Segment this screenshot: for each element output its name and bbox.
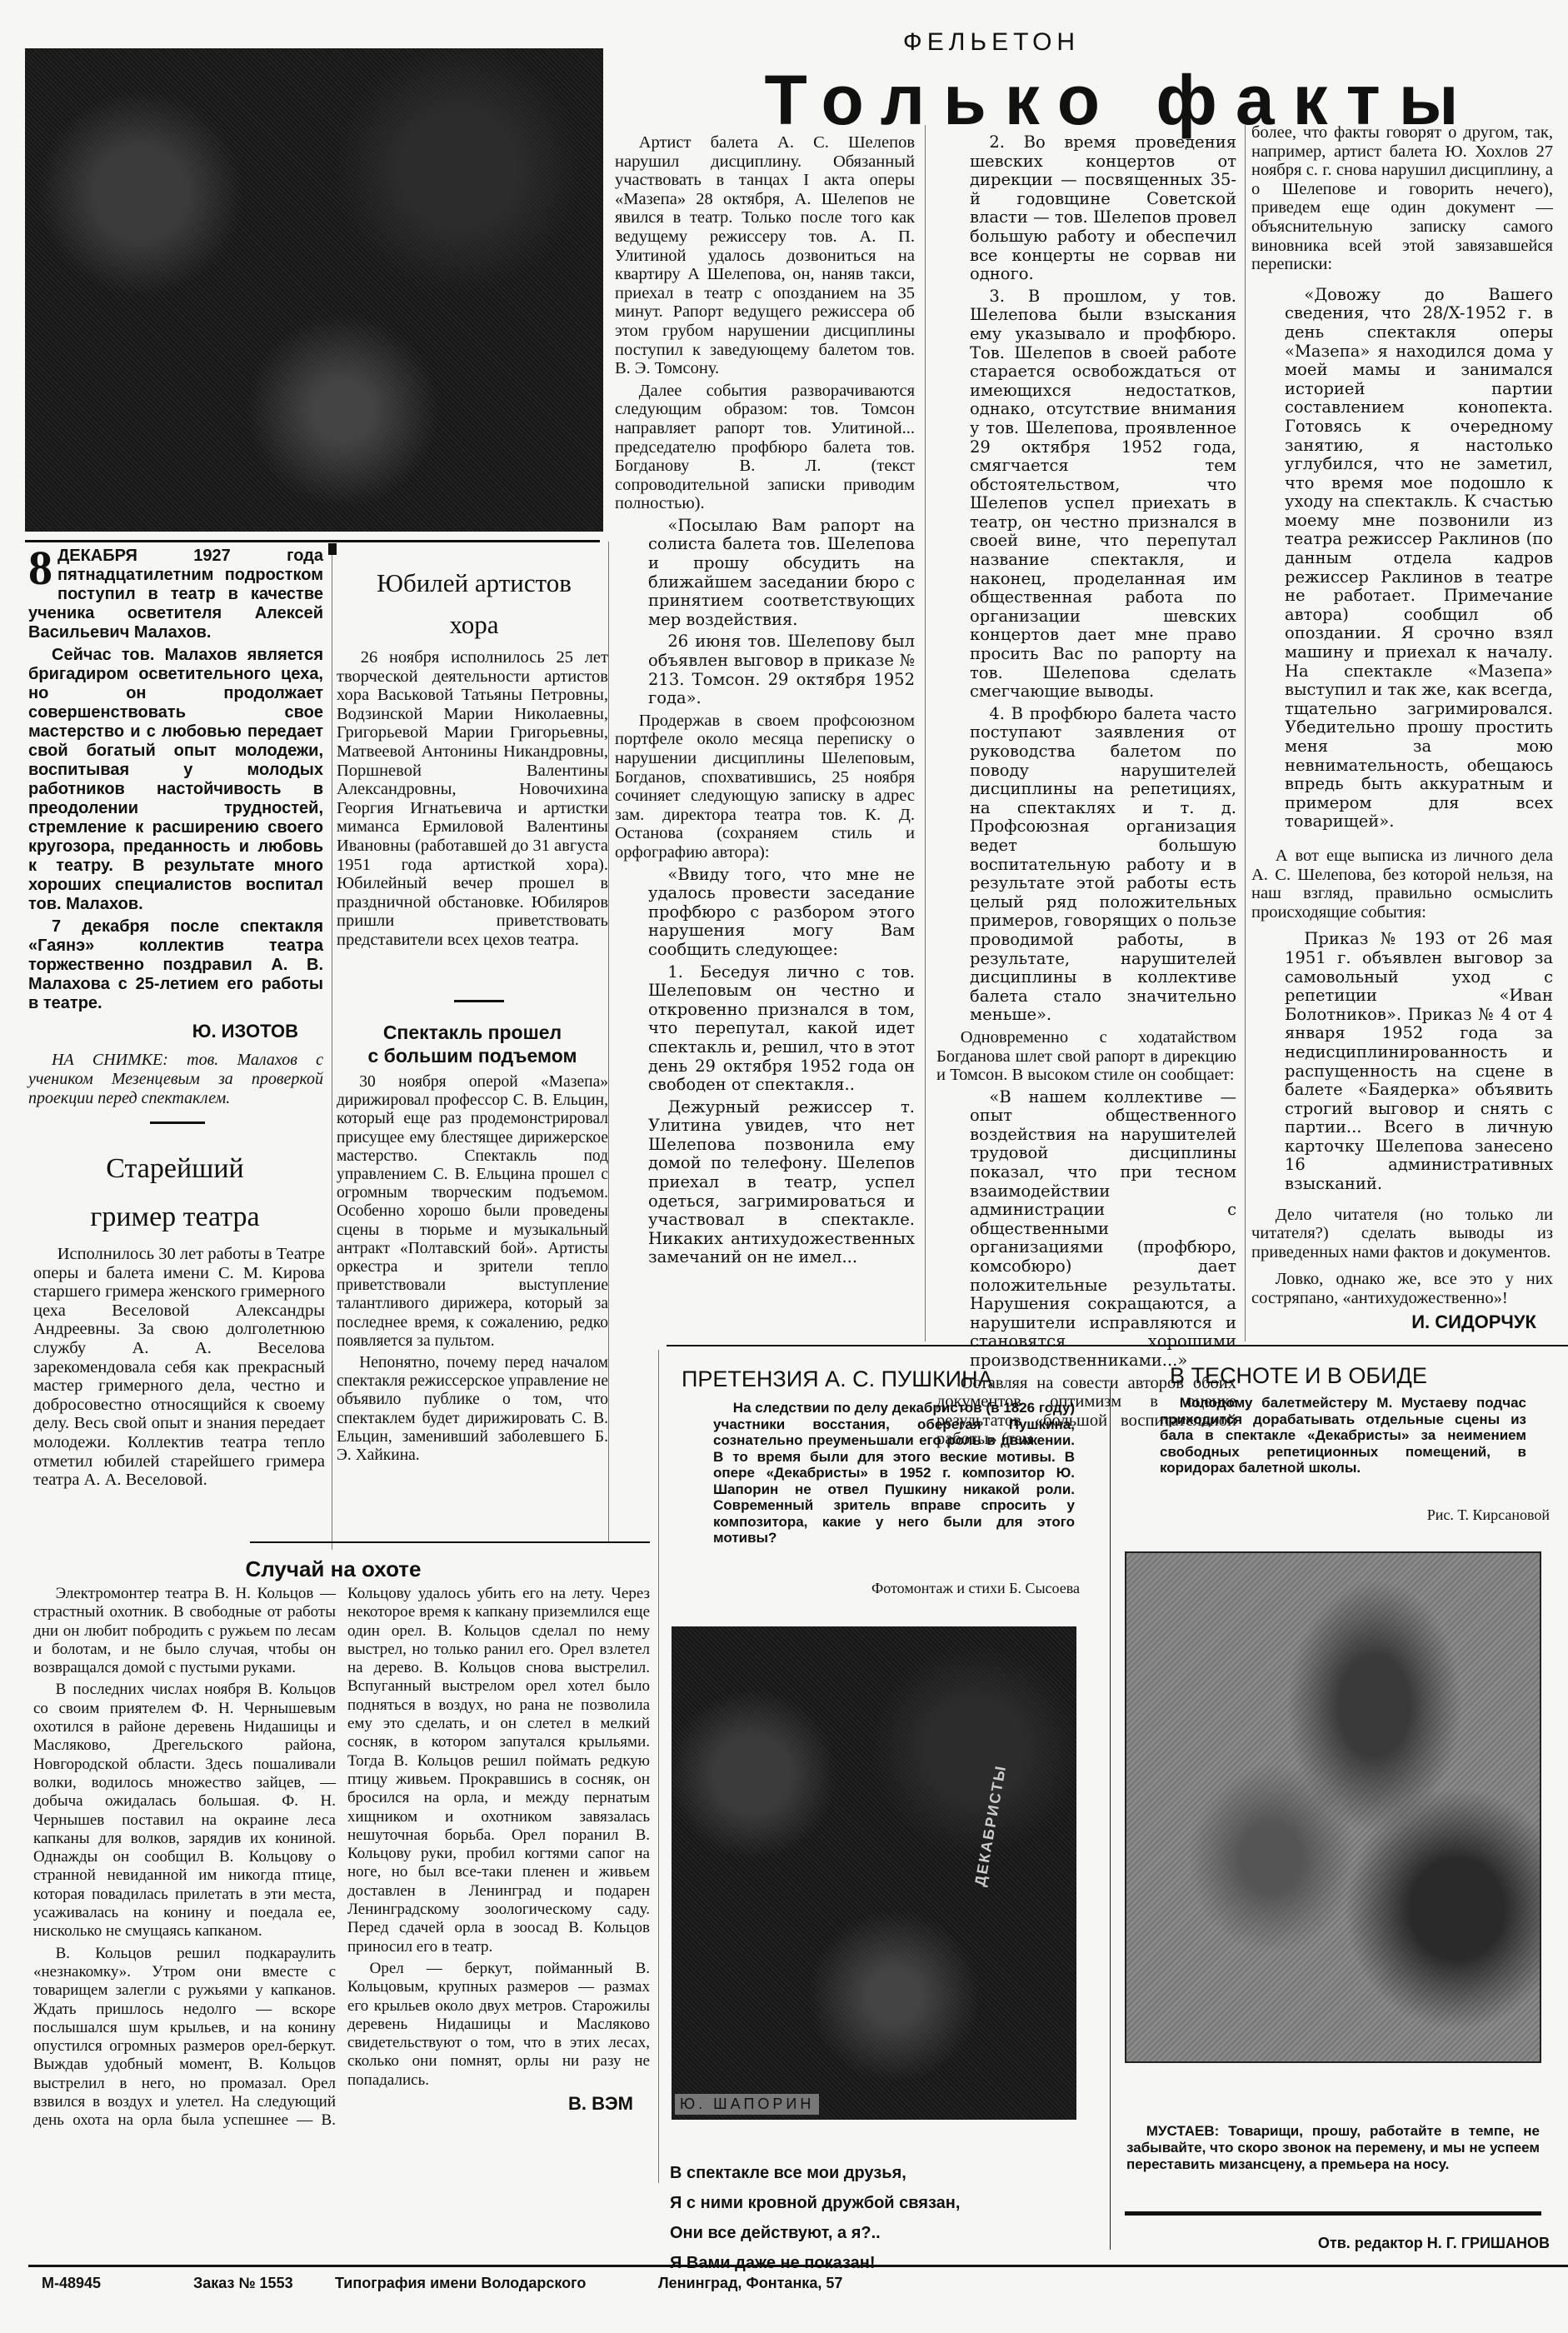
quote-paragraph: «Ввиду того, что мне не удалось провести… xyxy=(648,866,915,960)
feuilleton-rubric: ФЕЛЬЕТОН xyxy=(841,28,1141,57)
footer-rule xyxy=(28,2265,1568,2267)
feuilleton-bottom-rule xyxy=(667,1345,1568,1346)
quote-paragraph: 26 июня тов. Шелепову был объявлен выгов… xyxy=(648,632,915,707)
paragraph: Электромонтер театра В. Н. Кольцов — стр… xyxy=(33,1585,336,1677)
cramped-illustration xyxy=(1125,1551,1541,2063)
column-divider xyxy=(658,1350,659,2183)
paragraph: Ловко, однако же, все это у них состряпа… xyxy=(1251,1270,1553,1307)
feuilleton-signature: И. СИДОРЧУК xyxy=(1251,1313,1536,1332)
choir-article: 26 ноября исполнилось 25 лет творческой … xyxy=(337,648,608,953)
paragraph: Дело читателя (но только ли читателя?) с… xyxy=(1251,1206,1553,1262)
column-divider xyxy=(1245,125,1246,1341)
paragraph: 30 ноября оперой «Мазепа» дирижировал пр… xyxy=(337,1073,608,1351)
choir-title-line-1: Юбилей артистов xyxy=(337,568,612,598)
column-divider xyxy=(1110,1386,1111,2250)
cramped-title: В ТЕСНОТЕ И В ОБИДЕ xyxy=(1170,1363,1553,1389)
separator xyxy=(454,1000,504,1002)
malakhov-photo xyxy=(25,48,603,532)
cramped-credit: Рис. Т. Кирсановой xyxy=(1300,1506,1550,1524)
quote-block: «В нашем коллективе — опыт общественного… xyxy=(970,1088,1236,1371)
quote-paragraph: Дежурный режиссер т. Улитина увидев, что… xyxy=(648,1098,915,1267)
paragraph: Сейчас тов. Малахов является бригадиром … xyxy=(28,646,323,914)
cramped-caption: МУСТАЕВ: Товарищи, прошу, работайте в те… xyxy=(1126,2123,1540,2173)
cramped-text: Молодому балетмейстеру М. Мустаеву подча… xyxy=(1160,1395,1526,1476)
quote-paragraph: Приказ № 193 от 26 мая 1951 г. объявлен … xyxy=(1285,930,1553,1193)
column-divider xyxy=(925,125,926,1341)
makeup-title-line-1: Старейший xyxy=(33,1153,317,1185)
poem-line: Я Вами даже не показан! xyxy=(670,2248,1070,2278)
poem-line: Они все действуют, а я?.. xyxy=(670,2218,1070,2248)
pushkin-text: На следствии по делу декабристов (в 1826… xyxy=(713,1400,1075,1546)
quote-block: 2. Во время проведения шевских концертов… xyxy=(970,133,1236,1025)
quote-paragraph: 4. В профбюро балета часто поступают зая… xyxy=(970,705,1236,1025)
column-divider xyxy=(332,550,332,1550)
paragraph: 7 декабря после спектакля «Гаянэ» коллек… xyxy=(28,917,323,1013)
quote-paragraph: 1. Беседуя лично с тов. Шелеповым он чес… xyxy=(648,963,915,1095)
paragraph: Далее события разворачиваются следующим … xyxy=(615,382,915,513)
paragraph: более, что факты говорят о другом, так, … xyxy=(1251,123,1553,274)
makeup-title-line-2: гример театра xyxy=(33,1201,317,1233)
pushkin-credit: Фотомонтаж и стихи Б. Сысоева xyxy=(772,1580,1080,1597)
quote-block: «Ввиду того, что мне не удалось провести… xyxy=(648,866,915,1267)
hunt-article: Электромонтер театра В. Н. Кольцов — стр… xyxy=(33,1585,650,2131)
footer-order: Заказ № 1553 xyxy=(193,2275,293,2292)
paragraph: Исполнилось 30 лет работы в Театре оперы… xyxy=(33,1245,325,1490)
quote-block: «Довожу до Вашего сведения, что 28/X-195… xyxy=(1285,286,1553,832)
quote-paragraph: «В нашем коллективе — опыт общественного… xyxy=(970,1088,1236,1371)
paragraph: Одновременно с ходатайством Богданова шл… xyxy=(936,1028,1236,1085)
quote-paragraph: 3. В прошлом, у тов. Шелепова были взыск… xyxy=(970,287,1236,702)
quote-block: Приказ № 193 от 26 мая 1951 г. объявлен … xyxy=(1285,930,1553,1193)
column-divider xyxy=(608,542,609,1541)
malakhov-signature: Ю. ИЗОТОВ xyxy=(28,1022,298,1041)
paragraph: Непонятно, почему перед началом спектакл… xyxy=(337,1354,608,1465)
footer-printer: Типография имени Володарского xyxy=(335,2275,586,2292)
quote-paragraph: «Посылаю Вам рапорт на солиста балета то… xyxy=(648,517,915,630)
marker xyxy=(328,543,337,555)
quote-block: «Посылаю Вам рапорт на солиста балета то… xyxy=(648,517,915,708)
makeup-article: Исполнилось 30 лет работы в Театре оперы… xyxy=(33,1245,325,1493)
paragraph: Продержав в своем профсоюзном портфеле о… xyxy=(615,712,915,862)
poster-label: ДЕКАБРИСТЫ xyxy=(971,1704,1021,1887)
performance-article: 30 ноября оперой «Мазепа» дирижировал пр… xyxy=(337,1073,608,1468)
hunt-title: Случай на охоте xyxy=(167,1556,500,1582)
paragraph: А вот еще выписка из личного дела А. С. … xyxy=(1251,847,1553,922)
performance-title-line-1: Спектакль прошел xyxy=(337,1022,608,1044)
paragraph: 26 ноября исполнилось 25 лет творческой … xyxy=(337,648,608,950)
paragraph: В последних числах ноября В. Кольцов со … xyxy=(33,1681,336,1941)
pushkin-poem: В спектакле все мои друзья, Я с ними кро… xyxy=(670,2158,1070,2278)
photo-label: Ю. ШАПОРИН xyxy=(675,2094,819,2115)
feuilleton-column-1: Артист балета А. С. Шелепов нарушил дисц… xyxy=(615,133,915,1271)
footer-code: М-48945 xyxy=(42,2275,101,2292)
pushkin-title: ПРЕТЕНЗИЯ А. С. ПУШКИНА xyxy=(682,1366,1081,1392)
paragraph: Орел — беркут, пойманный В. Кольцовым, к… xyxy=(347,1960,650,2090)
paragraph: Артист балета А. С. Шелепов нарушил дисц… xyxy=(615,133,915,378)
editor-credit: Отв. редактор Н. Г. ГРИШАНОВ xyxy=(1166,2235,1550,2252)
quote-paragraph: 2. Во время проведения шевских концертов… xyxy=(970,133,1236,284)
poem-line: В спектакле все мои друзья, xyxy=(670,2158,1070,2188)
hunt-top-rule xyxy=(250,1541,650,1543)
feuilleton-column-3: более, что факты говорят о другом, так, … xyxy=(1251,123,1553,1331)
separator xyxy=(150,1122,205,1124)
footer-address: Ленинград, Фонтанка, 57 xyxy=(658,2275,842,2292)
photo-caption: НА СНИМКЕ: тов. Малахов с учеником Мезен… xyxy=(28,1051,323,1108)
quote-paragraph: «Довожу до Вашего сведения, что 28/X-195… xyxy=(1285,286,1553,832)
choir-title-line-2: хора xyxy=(337,610,612,640)
dropcap: 8 xyxy=(28,548,52,588)
photo-bottom-rule xyxy=(25,540,600,542)
editor-rule xyxy=(1125,2211,1541,2216)
lead-text: ДЕКАБРЯ 1927 года пятнадцатилетним подро… xyxy=(28,547,323,642)
malakhov-article: 8 ДЕКАБРЯ 1927 года пятнадцатилетним под… xyxy=(28,547,323,1112)
poem-line: Я с ними кровной дружбой связан, xyxy=(670,2188,1070,2218)
pushkin-photomontage: ДЕКАБРИСТЫ Ю. ШАПОРИН xyxy=(672,1626,1076,2120)
performance-title-line-2: с большим подъемом xyxy=(337,1045,608,1067)
feuilleton-column-2: 2. Во время проведения шевских концертов… xyxy=(936,133,1236,1452)
hunt-signature: В. ВЭМ xyxy=(347,2095,633,2113)
